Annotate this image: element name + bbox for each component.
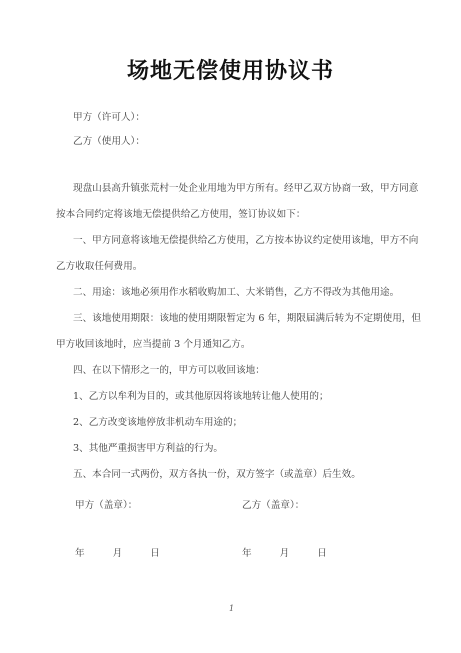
clause-3-line-2: 甲方收回该地时，应当提前 3 个月通知乙方。 [56, 339, 250, 351]
party-b-date: 年 月 日 [242, 548, 327, 560]
clause-5: 五、本合同一式两份，双方各执一份，双方签字（或盖章）后生效。 [73, 469, 361, 481]
date-day: 日 [150, 548, 160, 560]
clause-4-item-1: 1、乙方以牟利为目的，或其他原因将该地转让他人使用的； [73, 391, 329, 403]
clause-4-item-2: 2、乙方改变该地停放非机动车用途的； [73, 417, 242, 429]
intro-paragraph-line-1: 现盘山县高升镇张荒村一处企业用地为甲方所有。经甲乙双方协商一致，甲方同意 [73, 183, 418, 195]
clause-1-line-1: 一、甲方同意将该地无偿提供给乙方使用，乙方按本协议约定使用该地，甲方不向 [73, 235, 418, 247]
clause-1-line-2: 乙方收取任何费用。 [56, 261, 142, 273]
date-day: 日 [317, 548, 327, 560]
party-a-seal-label: 甲方（盖章）： [75, 500, 137, 512]
clause-3-line-1: 三、该地使用期限：该地的使用期限暂定为 6 年，期限届满后转为不定期使用，但 [73, 313, 421, 325]
party-b-seal-label: 乙方（盖章）： [242, 500, 304, 512]
document-page: 场地无偿使用协议书 甲方（许可人）： 乙方（使用人）： 现盘山县高升镇张荒村一处… [0, 0, 461, 653]
clause-4: 四、在以下情形之一的，甲方可以收回该地： [73, 365, 265, 377]
clause-2: 二、用途：该地必须用作水稻收购加工、大米销售，乙方不得改为其他用途。 [73, 287, 399, 299]
page-number: 1 [229, 604, 234, 613]
party-a-label: 甲方（许可人）： [73, 112, 145, 124]
intro-paragraph-line-2: 按本合同约定将该地无偿提供给乙方使用，签订协议如下： [56, 209, 305, 221]
date-year: 年 [242, 548, 252, 560]
party-a-date: 年 月 日 [75, 548, 160, 560]
document-title: 场地无偿使用协议书 [0, 54, 461, 85]
clause-4-item-3: 3、其他严重损害甲方利益的行为。 [73, 443, 223, 455]
date-month: 月 [280, 548, 290, 560]
date-month: 月 [113, 548, 123, 560]
party-b-label: 乙方（使用人）： [73, 136, 145, 148]
date-year: 年 [75, 548, 85, 560]
